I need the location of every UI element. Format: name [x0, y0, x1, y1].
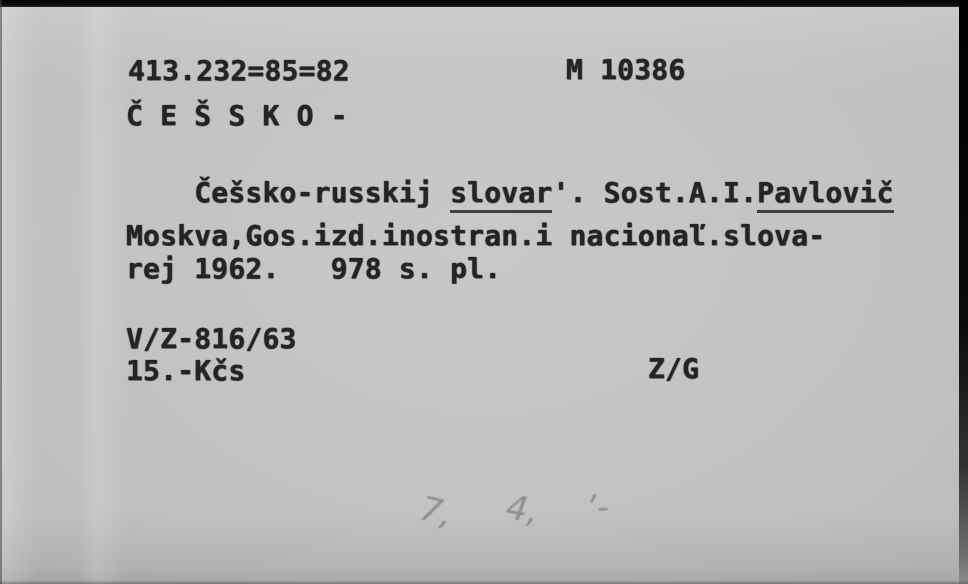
scan-edge-bottom — [0, 580, 968, 584]
title-underlined: slovar — [450, 176, 552, 213]
imprint-line-1: Moskva,Gos.izd.inostran.i nacionaľ.slova… — [126, 222, 825, 250]
imprint-line-2: rej 1962. 978 s. pl. — [126, 255, 501, 283]
price: 15.-Kčs — [126, 357, 245, 385]
cataloger-initials: Z/G — [648, 355, 699, 383]
call-number: 413.232=85=82 — [128, 57, 350, 85]
pencil-mark-2: 4, — [503, 488, 541, 533]
scan-edge-left — [0, 0, 2, 584]
scan-edge-top — [0, 0, 968, 7]
shelf-number: V/Z-816/63 — [126, 325, 297, 353]
pencil-mark-1: 7, — [416, 489, 457, 536]
catalog-card-scan: 413.232=85=82 M 10386 Č E Š S K O - Češs… — [0, 0, 968, 584]
pencil-mark-3: ’- — [585, 487, 611, 529]
title-pre: Češsko-russkij — [194, 176, 450, 209]
accession-number: M 10386 — [566, 56, 685, 84]
heading: Č E Š S K O - — [126, 102, 348, 130]
author-underlined: Pavlovič — [757, 176, 893, 213]
scan-edge-right — [959, 0, 968, 584]
title-mid: '. Sost.A.I. — [552, 176, 757, 209]
